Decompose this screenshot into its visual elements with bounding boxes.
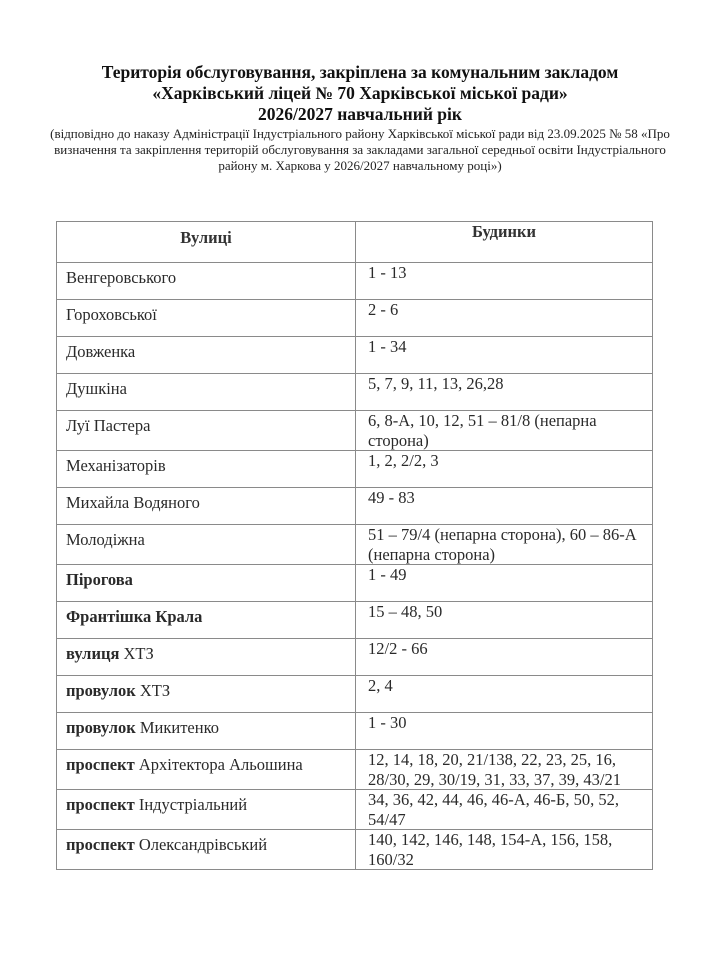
street-name: Франтішка Крала: [66, 607, 202, 626]
street-cell: Михайла Водяного: [57, 488, 356, 525]
street-type-prefix: проспект: [66, 755, 135, 774]
street-name: Гороховської: [66, 305, 157, 324]
table-row: Молодіжна51 – 79/4 (непарна сторона), 60…: [57, 525, 653, 565]
table-row: проспект Олександрівський140, 142, 146, …: [57, 830, 653, 870]
street-name: Молодіжна: [66, 530, 145, 549]
houses-cell: 140, 142, 146, 148, 154-А, 156, 158, 160…: [356, 830, 653, 870]
title-line-3: 2026/2027 навчальний рік: [0, 104, 720, 125]
table-row: проспект Архітектора Альошина12, 14, 18,…: [57, 750, 653, 790]
street-name: Індустріальний: [139, 795, 247, 814]
houses-cell: 12/2 - 66: [356, 639, 653, 676]
table-row: провулок ХТЗ2, 4: [57, 676, 653, 713]
table-row: Механізаторів1, 2, 2/2, 3: [57, 451, 653, 488]
street-type-prefix: вулиця: [66, 644, 119, 663]
order-reference: (відповідно до наказу Адміністрації Інду…: [40, 126, 680, 174]
street-type-prefix: провулок: [66, 681, 136, 700]
street-cell: провулок ХТЗ: [57, 676, 356, 713]
table-row: Луї Пастера6, 8-А, 10, 12, 51 – 81/8 (не…: [57, 411, 653, 451]
houses-cell: 12, 14, 18, 20, 21/138, 22, 23, 25, 16, …: [356, 750, 653, 790]
street-cell: Душкіна: [57, 374, 356, 411]
street-name: ХТЗ: [124, 644, 154, 663]
street-cell: проспект Архітектора Альошина: [57, 750, 356, 790]
houses-cell: 15 – 48, 50: [356, 602, 653, 639]
territory-table: Вулиці Будинки Венгеровського1 - 13Горох…: [56, 221, 653, 870]
houses-cell: 5, 7, 9, 11, 13, 26,28: [356, 374, 653, 411]
houses-cell: 1 - 30: [356, 713, 653, 750]
street-cell: проспект Олександрівський: [57, 830, 356, 870]
houses-cell: 49 - 83: [356, 488, 653, 525]
title-line-2: «Харківський ліцей № 70 Харківської місь…: [0, 83, 720, 104]
houses-cell: 1, 2, 2/2, 3: [356, 451, 653, 488]
houses-cell: 1 - 49: [356, 565, 653, 602]
table-row: Михайла Водяного49 - 83: [57, 488, 653, 525]
street-type-prefix: проспект: [66, 835, 135, 854]
table-row: Гороховської2 - 6: [57, 300, 653, 337]
street-cell: вулиця ХТЗ: [57, 639, 356, 676]
document-header: Територія обслуговування, закріплена за …: [0, 62, 720, 174]
street-cell: Гороховської: [57, 300, 356, 337]
table-row: вулиця ХТЗ12/2 - 66: [57, 639, 653, 676]
street-name: Венгеровського: [66, 268, 176, 287]
houses-cell: 1 - 34: [356, 337, 653, 374]
table-row: Довженка1 - 34: [57, 337, 653, 374]
territory-table-container: Вулиці Будинки Венгеровського1 - 13Горох…: [56, 221, 653, 870]
street-cell: Пірогова: [57, 565, 356, 602]
table-row: провулок Микитенко1 - 30: [57, 713, 653, 750]
street-name: Олександрівський: [139, 835, 267, 854]
street-type-prefix: провулок: [66, 718, 136, 737]
street-cell: Франтішка Крала: [57, 602, 356, 639]
table-row: проспект Індустріальний34, 36, 42, 44, 4…: [57, 790, 653, 830]
table-row: Франтішка Крала15 – 48, 50: [57, 602, 653, 639]
table-row: Пірогова1 - 49: [57, 565, 653, 602]
table-row: Душкіна5, 7, 9, 11, 13, 26,28: [57, 374, 653, 411]
table-row: Венгеровського1 - 13: [57, 263, 653, 300]
street-name: Механізаторів: [66, 456, 166, 475]
table-header-row: Вулиці Будинки: [57, 222, 653, 263]
street-name: Архітектора Альошина: [139, 755, 303, 774]
title-line-1: Територія обслуговування, закріплена за …: [0, 62, 720, 83]
houses-cell: 6, 8-А, 10, 12, 51 – 81/8 (непарна сторо…: [356, 411, 653, 451]
houses-cell: 51 – 79/4 (непарна сторона), 60 – 86-А (…: [356, 525, 653, 565]
street-type-prefix: проспект: [66, 795, 135, 814]
street-name: ХТЗ: [140, 681, 170, 700]
street-name: Пірогова: [66, 570, 133, 589]
street-cell: Венгеровського: [57, 263, 356, 300]
street-name: Михайла Водяного: [66, 493, 200, 512]
street-name: Микитенко: [140, 718, 219, 737]
street-cell: Механізаторів: [57, 451, 356, 488]
street-cell: Довженка: [57, 337, 356, 374]
houses-cell: 1 - 13: [356, 263, 653, 300]
street-cell: Луї Пастера: [57, 411, 356, 451]
houses-cell: 34, 36, 42, 44, 46, 46-А, 46-Б, 50, 52, …: [356, 790, 653, 830]
houses-cell: 2, 4: [356, 676, 653, 713]
street-cell: проспект Індустріальний: [57, 790, 356, 830]
houses-cell: 2 - 6: [356, 300, 653, 337]
street-name: Довженка: [66, 342, 135, 361]
header-streets: Вулиці: [57, 222, 356, 263]
street-cell: провулок Микитенко: [57, 713, 356, 750]
street-name: Луї Пастера: [66, 416, 150, 435]
street-name: Душкіна: [66, 379, 127, 398]
header-houses: Будинки: [356, 222, 653, 263]
street-cell: Молодіжна: [57, 525, 356, 565]
table-body: Венгеровського1 - 13Гороховської2 - 6Дов…: [57, 263, 653, 870]
